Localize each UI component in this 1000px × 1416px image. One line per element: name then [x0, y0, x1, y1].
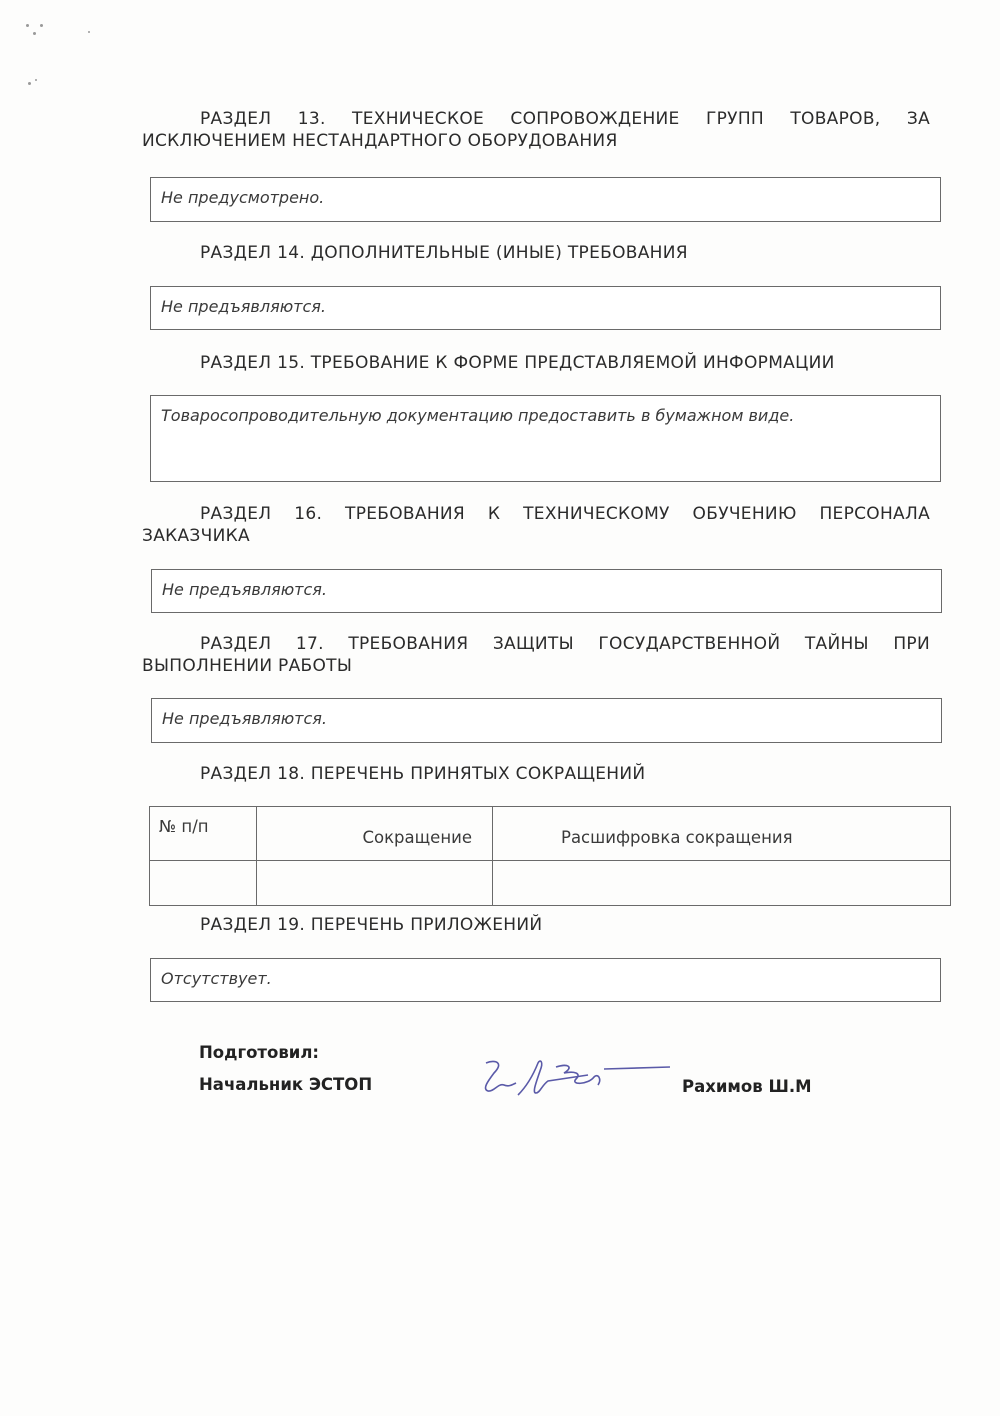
handwritten-signature	[478, 1055, 673, 1100]
col-abbreviation: Сокращение	[257, 807, 493, 861]
section-16-heading: РАЗДЕЛ 16. ТРЕБОВАНИЯ К ТЕХНИЧЕСКОМУ ОБУ…	[142, 503, 930, 547]
col-expansion: Расшифровка сокращения	[493, 807, 951, 861]
section-19-box: Отсутствует.	[150, 958, 941, 1002]
section-17-content: Не предъявляются.	[162, 709, 327, 728]
section-16-box: Не предъявляются.	[151, 569, 942, 613]
section-15-content: Товаросопроводительную документацию пред…	[161, 406, 794, 425]
scan-speck	[33, 32, 36, 35]
section-14-box: Не предъявляются.	[150, 286, 941, 330]
section-19-content: Отсутствует.	[161, 969, 272, 988]
section-15-box: Товаросопроводительную документацию пред…	[150, 395, 941, 482]
section-17-box: Не предъявляются.	[151, 698, 942, 743]
cell	[257, 861, 493, 906]
table-header-row: № п/п Сокращение Расшифровка сокращения	[150, 807, 951, 861]
section-13-heading: РАЗДЕЛ 13. ТЕХНИЧЕСКОЕ СОПРОВОЖДЕНИЕ ГРУ…	[142, 108, 930, 152]
section-15-heading: РАЗДЕЛ 15. ТРЕБОВАНИЕ К ФОРМЕ ПРЕДСТАВЛЯ…	[142, 352, 930, 374]
scan-speck	[88, 31, 90, 33]
col-number: № п/п	[150, 807, 257, 861]
section-13-content: Не предусмотрено.	[161, 188, 324, 207]
position-title: Начальник ЭСТОП	[199, 1075, 372, 1094]
section-18-heading: РАЗДЕЛ 18. ПЕРЕЧЕНЬ ПРИНЯТЫХ СОКРАЩЕНИЙ	[142, 763, 930, 785]
table-row	[150, 861, 951, 906]
section-19-heading: РАЗДЕЛ 19. ПЕРЕЧЕНЬ ПРИЛОЖЕНИЙ	[142, 914, 930, 936]
scan-speck	[26, 24, 29, 27]
section-13-box: Не предусмотрено.	[150, 177, 941, 222]
section-14-content: Не предъявляются.	[161, 297, 326, 316]
section-17-heading: РАЗДЕЛ 17. ТРЕБОВАНИЯ ЗАЩИТЫ ГОСУДАРСТВЕ…	[142, 633, 930, 677]
section-16-content: Не предъявляются.	[162, 580, 327, 599]
abbreviations-table: № п/п Сокращение Расшифровка сокращения	[149, 806, 951, 906]
cell	[150, 861, 257, 906]
cell	[493, 861, 951, 906]
scan-speck	[40, 24, 43, 27]
section-14-heading: РАЗДЕЛ 14. ДОПОЛНИТЕЛЬНЫЕ (ИНЫЕ) ТРЕБОВА…	[142, 242, 930, 264]
scan-speck	[28, 82, 31, 85]
signatory-name: Рахимов Ш.М	[682, 1077, 812, 1096]
prepared-label: Подготовил:	[199, 1043, 319, 1062]
scan-speck	[35, 79, 37, 81]
